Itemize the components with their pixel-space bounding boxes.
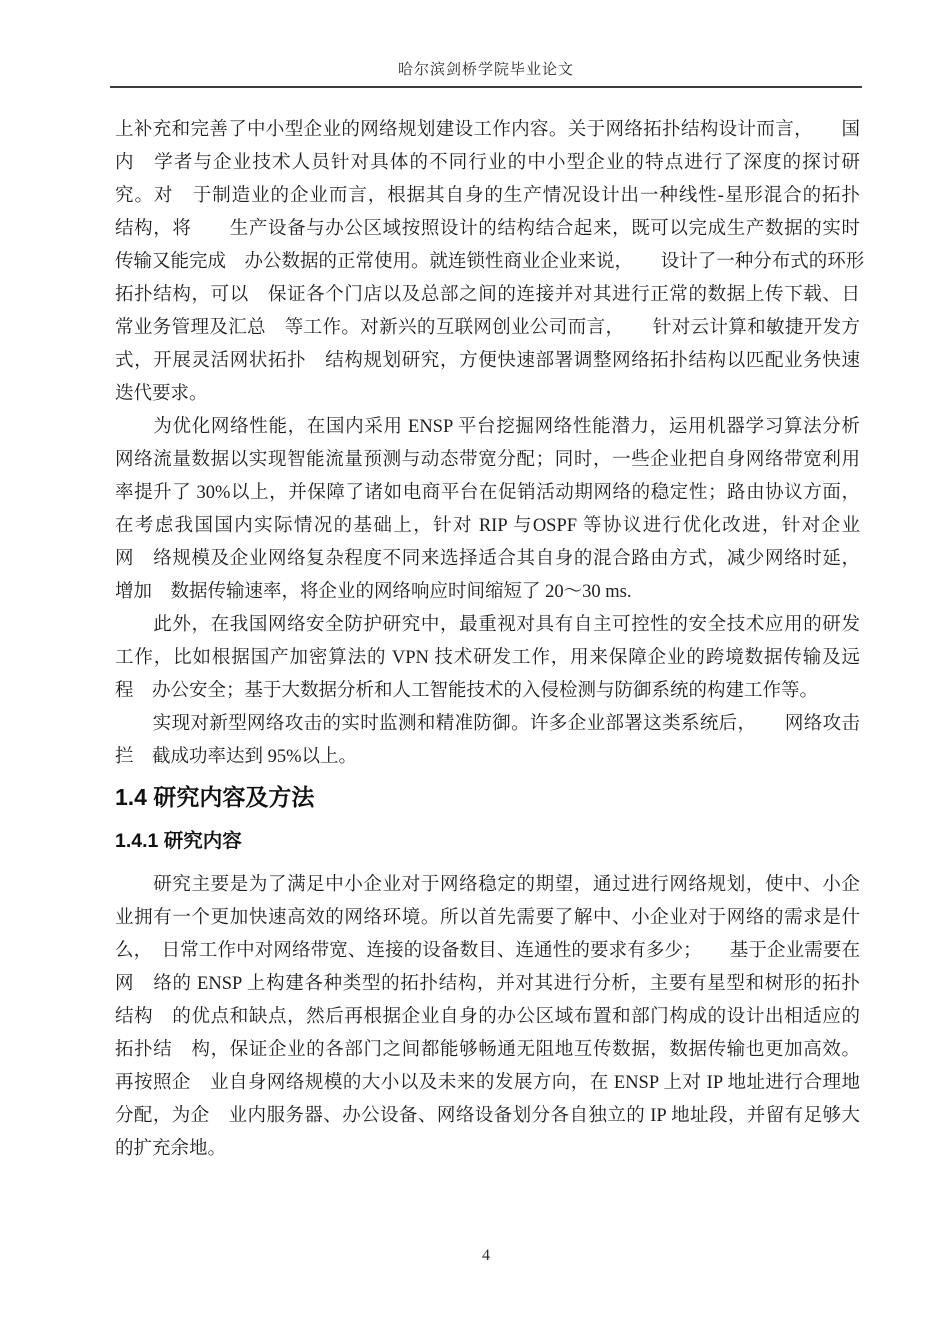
text-line: 内 学者与企业技术人员针对具体的不同行业的中小型企业的特点进行了深度的探讨研 bbox=[115, 147, 860, 180]
text-line: 么， 日常工作中对网络带宽、连接的设备数目、连通性的要求有多少； 基于企业需要在 bbox=[115, 935, 860, 968]
text-line: 究。对 于制造业的企业而言，根据其自身的生产情况设计出一种线性-星形混合的拓扑 bbox=[115, 180, 860, 213]
text-line: 业拥有一个更加快速高效的网络环境。所以首先需要了解中、小企业对于网络的需求是什 bbox=[115, 902, 860, 935]
paragraph-1: 上补充和完善了中小型企业的网络规划建设工作内容。关于网络拓扑结构设计而言， 国内… bbox=[115, 114, 860, 411]
text-line: 实现对新型网络攻击的实时监测和精准防御。许多企业部署这类系统后， 网络攻击 bbox=[115, 708, 860, 741]
text-line: 拓扑结构，可以 保证各个门店以及总部之间的连接并对其进行正常的数据上传下载、日 bbox=[115, 279, 860, 312]
text-line: 分配，为企 业内服务器、办公设备、网络设备划分各自独立的 IP 地址段，并留有足… bbox=[115, 1100, 860, 1133]
text-line: 上补充和完善了中小型企业的网络规划建设工作内容。关于网络拓扑结构设计而言， 国 bbox=[115, 114, 860, 147]
section-heading: 1.4 研究内容及方法 bbox=[115, 780, 860, 814]
text-line: 在考虑我国国内实际情况的基础上，针对 RIP 与OSPF 等协议进行优化改进，针… bbox=[115, 510, 860, 543]
text-line: 增加 数据传输速率，将企业的网络响应时间缩短了 20～30 ms. bbox=[115, 576, 860, 609]
text-line: 网 络的 ENSP 上构建各种类型的拓扑结构，并对其进行分析，主要有星型和树形的… bbox=[115, 968, 860, 1001]
text-line: 工作，比如根据国产加密算法的 VPN 技术研发工作，用来保障企业的跨境数据传输及… bbox=[115, 642, 860, 675]
text-line: 为优化网络性能，在国内采用 ENSP 平台挖掘网络性能潜力，运用机器学习算法分析 bbox=[115, 411, 860, 444]
page-number: 4 bbox=[110, 1247, 862, 1265]
text-line: 式，开展灵活网状拓扑 结构规划研究，方便快速部署调整网络拓扑结构以匹配业务快速 bbox=[115, 345, 860, 378]
subsection-heading: 1.4.1 研究内容 bbox=[115, 824, 860, 858]
header-title: 哈尔滨剑桥学院毕业论文 bbox=[110, 62, 862, 79]
paragraph-2: 为优化网络性能，在国内采用 ENSP 平台挖掘网络性能潜力，运用机器学习算法分析… bbox=[115, 411, 860, 609]
text-line: 的扩充余地。 bbox=[115, 1133, 860, 1166]
text-line: 程 办公安全；基于大数据分析和人工智能技术的入侵检测与防御系统的构建工作等。 bbox=[115, 675, 860, 708]
text-line: 传输又能完成 办公数据的正常使用。就连锁性商业企业来说， 设计了一种分布式的环形 bbox=[115, 246, 860, 279]
thesis-page: 哈尔滨剑桥学院毕业论文 上补充和完善了中小型企业的网络规划建设工作内容。关于网络… bbox=[0, 0, 950, 1344]
text-line: 拓扑结 构，保证企业的各部门之间都能够畅通无阻地互传数据，数据传输也更加高效。 bbox=[115, 1034, 860, 1067]
text-line: 常业务管理及汇总 等工作。对新兴的互联网创业公司而言， 针对云计算和敏捷开发方 bbox=[115, 312, 860, 345]
paragraph-3: 此外，在我国网络安全防护研究中，最重视对具有自主可控性的安全技术应用的研发工作，… bbox=[115, 609, 860, 708]
text-line: 此外，在我国网络安全防护研究中，最重视对具有自主可控性的安全技术应用的研发 bbox=[115, 609, 860, 642]
text-line: 迭代要求。 bbox=[115, 378, 860, 411]
page-body: 上补充和完善了中小型企业的网络规划建设工作内容。关于网络拓扑结构设计而言， 国内… bbox=[115, 114, 860, 1166]
paragraph-4: 实现对新型网络攻击的实时监测和精准防御。许多企业部署这类系统后， 网络攻击拦 截… bbox=[115, 708, 860, 774]
text-line: 研究主要是为了满足中小企业对于网络稳定的期望，通过进行网络规划，使中、小企 bbox=[115, 869, 860, 902]
text-line: 率提升了 30%以上，并保障了诸如电商平台在促销活动期网络的稳定性；路由协议方面… bbox=[115, 477, 860, 510]
page-header: 哈尔滨剑桥学院毕业论文 bbox=[0, 0, 950, 88]
paragraph-5: 研究主要是为了满足中小企业对于网络稳定的期望，通过进行网络规划，使中、小企业拥有… bbox=[115, 869, 860, 1166]
text-line: 再按照企 业自身网络规模的大小以及未来的发展方向，在 ENSP 上对 IP 地址… bbox=[115, 1067, 860, 1100]
text-line: 结构 的优点和缺点，然后再根据企业自身的办公区域布置和部门构成的设计出相适应的 bbox=[115, 1001, 860, 1034]
text-line: 网 络规模及企业网络复杂程度不同来选择适合其自身的混合路由方式，减少网络时延， bbox=[115, 543, 860, 576]
text-line: 网络流量数据以实现智能流量预测与动态带宽分配；同时，一些企业把自身网络带宽利用 bbox=[115, 444, 860, 477]
header-rule bbox=[110, 86, 862, 88]
text-line: 结构，将 生产设备与办公区域按照设计的结构结合起来，既可以完成生产数据的实时 bbox=[115, 213, 860, 246]
text-line: 拦 截成功率达到 95%以上。 bbox=[115, 741, 860, 774]
